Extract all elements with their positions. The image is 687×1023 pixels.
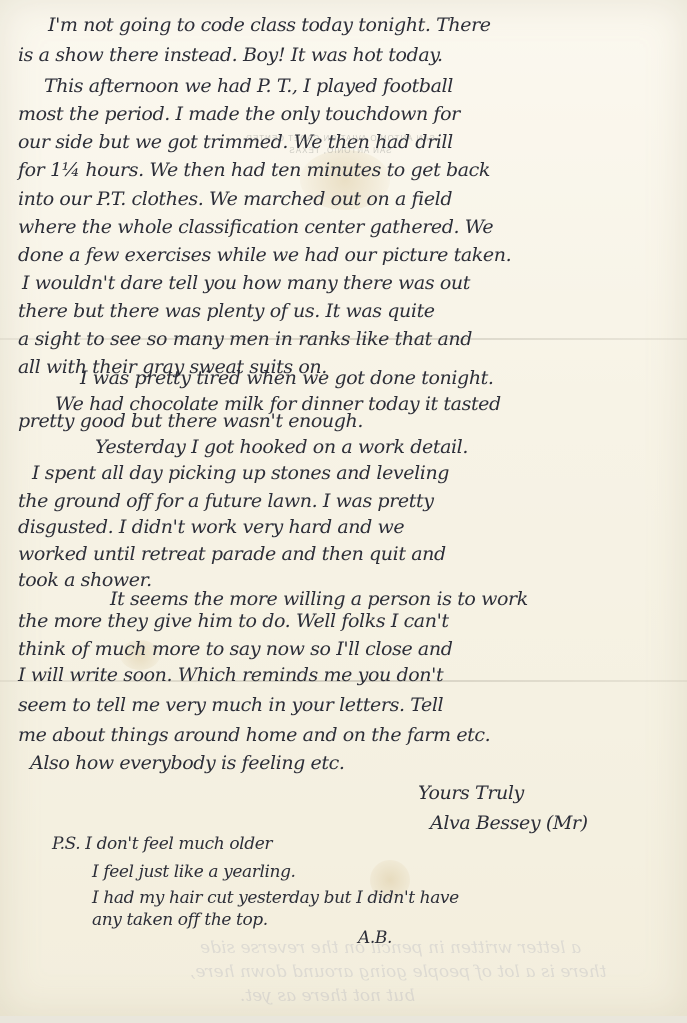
letter-line: done a few exercises while we had our pi… bbox=[18, 244, 511, 266]
postscript-line: P.S. I don't feel much older bbox=[52, 834, 272, 854]
letter-line: for 1¼ hours. We then had ten minutes to… bbox=[18, 159, 490, 181]
bleedthrough-text: there is a lot of people going around do… bbox=[190, 962, 606, 982]
letter-line: the ground off for a future lawn. I was … bbox=[18, 490, 434, 512]
letter-line: Also how everybody is feeling etc. bbox=[30, 752, 345, 774]
letter-line: me about things around home and on the f… bbox=[18, 724, 490, 746]
line-text: I'm not going to code class today tonigh… bbox=[48, 14, 491, 36]
letter-line: think of much more to say now so I'll cl… bbox=[18, 638, 452, 660]
letter-line: a sight to see so many men in ranks like… bbox=[18, 328, 472, 350]
letter-line: the more they give him to do. Well folks… bbox=[18, 610, 449, 632]
letter-line: where the whole classification center ga… bbox=[18, 216, 493, 238]
postscript-line: I feel just like a yearling. bbox=[92, 862, 296, 882]
letter-line: I'm not going to code class today tonigh… bbox=[48, 14, 491, 36]
letter-line: I wouldn't dare tell you how many there … bbox=[22, 272, 470, 294]
letter-line: worked until retreat parade and then qui… bbox=[18, 543, 446, 565]
letter-line: most the period. I made the only touchdo… bbox=[18, 103, 460, 125]
letter-page: SAN ANTONIO AVIATION CADET CENTER SAN AN… bbox=[0, 0, 687, 1016]
letter-line: pretty good but there wasn't enough. bbox=[18, 410, 363, 432]
closing: Yours Truly bbox=[418, 782, 524, 804]
initials: A.B. bbox=[358, 928, 392, 948]
signature: Alva Bessey (Mr) bbox=[430, 812, 588, 834]
letter-line: I will write soon. Which reminds me you … bbox=[18, 664, 443, 686]
letter-line: there but there was plenty of us. It was… bbox=[18, 300, 435, 322]
letter-line: I was pretty tired when we got done toni… bbox=[80, 367, 494, 389]
letter-line: This afternoon we had P. T., I played fo… bbox=[44, 75, 453, 97]
letter-line: I spent all day picking up stones and le… bbox=[32, 462, 449, 484]
letter-line: Yesterday I got hooked on a work detail. bbox=[95, 436, 468, 458]
letter-line: It seems the more willing a person is to… bbox=[110, 588, 528, 610]
postscript-line: I had my hair cut yesterday but I didn't… bbox=[92, 888, 459, 908]
letter-line: our side but we got trimmed. We then had… bbox=[18, 131, 453, 153]
bleedthrough-text: but not there as yet. bbox=[240, 986, 415, 1006]
postscript-line: any taken off the top. bbox=[92, 910, 268, 930]
letter-line: seem to tell me very much in your letter… bbox=[18, 694, 443, 716]
letter-line: is a show there instead. Boy! It was hot… bbox=[18, 44, 443, 66]
letter-line: into our P.T. clothes. We marched out on… bbox=[18, 188, 452, 210]
letter-line: disgusted. I didn't work very hard and w… bbox=[18, 516, 404, 538]
